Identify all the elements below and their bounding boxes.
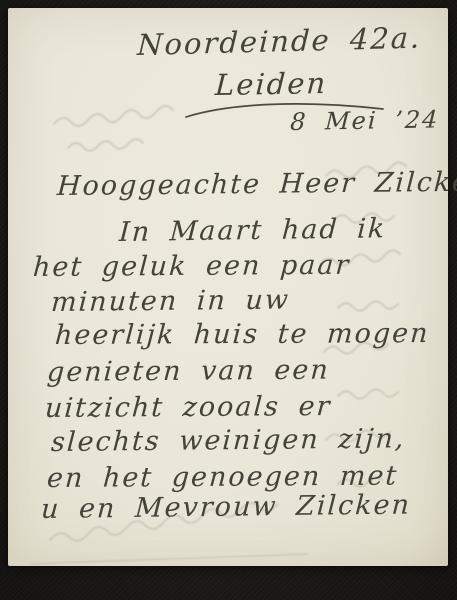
address-line-2: Leiden <box>214 66 328 102</box>
body-line: het geluk een paar <box>32 250 351 283</box>
body-line: en het genoegen met <box>46 461 399 494</box>
body-line: genieten van een <box>46 355 331 388</box>
body-line: slechts weinigen zijn, <box>50 423 406 458</box>
letter-photo: Noordeinde 42a. Leiden 8 Mei ’24 Hooggea… <box>0 0 457 600</box>
body-line: In Maart had ik <box>118 213 387 248</box>
letter-paper: Noordeinde 42a. Leiden 8 Mei ’24 Hooggea… <box>8 8 448 566</box>
body-line: uitzicht zooals er <box>44 391 332 424</box>
date-line: 8 Mei ’24 <box>290 105 441 136</box>
body-line: minuten in uw <box>50 284 291 318</box>
body-line: u en Mevrouw Zilcken <box>40 489 412 525</box>
body-line: heerlijk huis te mogen <box>54 318 431 351</box>
salutation-line: Hooggeachte Heer Zilcken. <box>56 166 457 202</box>
